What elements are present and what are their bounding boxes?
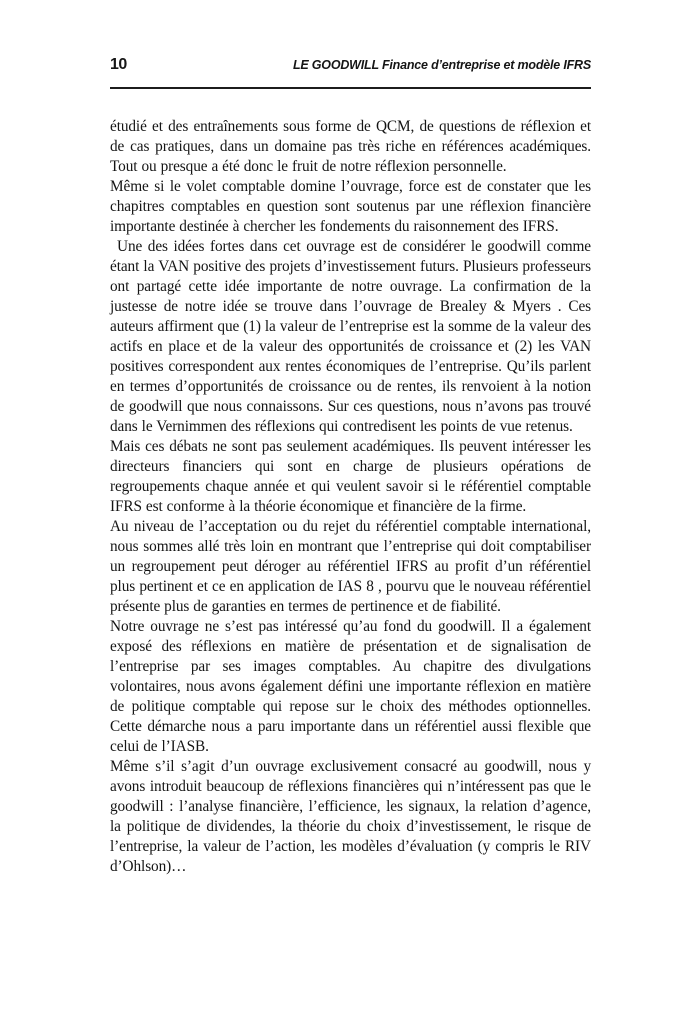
paragraph: étudié et des entraînements sous forme d…	[110, 117, 591, 177]
paragraph: Mais ces débats ne sont pas seulement ac…	[110, 437, 591, 517]
paragraph: Une des idées fortes dans cet ouvrage es…	[110, 237, 591, 437]
paragraph: Même si le volet comptable domine l’ouvr…	[110, 177, 591, 237]
page-header: 10 LE GOODWILL Finance d’entreprise et m…	[110, 56, 591, 74]
paragraph: Au niveau de l’acceptation ou du rejet d…	[110, 517, 591, 617]
book-page: 10 LE GOODWILL Finance d’entreprise et m…	[0, 0, 700, 1028]
header-rule	[110, 87, 591, 89]
paragraph: Même s’il s’agit d’un ouvrage exclusivem…	[110, 757, 591, 877]
paragraph: Notre ouvrage ne s’est pas intéressé qu’…	[110, 617, 591, 757]
running-header: LE GOODWILL Finance d’entreprise et modè…	[293, 58, 591, 72]
page-number: 10	[110, 56, 127, 74]
page-body: étudié et des entraînements sous forme d…	[110, 117, 591, 877]
